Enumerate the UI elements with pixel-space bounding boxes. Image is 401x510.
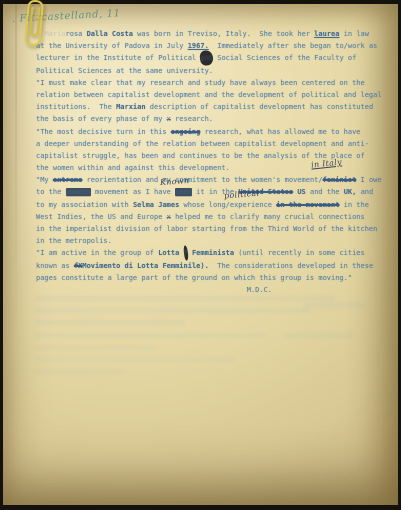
typed-segment: "I must make clear that my research and … [36, 79, 365, 87]
typed-segment: Selma James [133, 201, 179, 209]
typed-segment: (until recently in some cities [234, 249, 365, 257]
bleedthrough-mark [35, 357, 235, 362]
typed-line: West Indies, the US and Europe x helped … [36, 211, 396, 223]
typed-segment: description of capitalist development ha… [146, 103, 374, 111]
typed-segment: and the [306, 188, 344, 196]
typed-line: institutions. The Marxian description of… [36, 101, 396, 113]
typed-segment: institutions. The [36, 103, 116, 111]
typed-segment: and [356, 188, 373, 196]
typed-segment: Political Sciences at the same universit… [36, 67, 213, 75]
bleedthrough-mark [35, 345, 155, 350]
typed-line: pages constitute a large part of the gro… [36, 272, 396, 284]
typed-segment: laurea [314, 30, 339, 38]
typed-segment: UK, [344, 188, 357, 196]
typed-segment: Movimento di Lotta Femminile). [82, 262, 208, 270]
typed-segment: rosa [66, 30, 87, 38]
typed-segment: Femminista [188, 249, 234, 257]
typed-segment: in law [339, 30, 369, 38]
typed-segment: Immediately after she began to/work as [209, 42, 378, 50]
typed-line: at the University of Padova in July 1967… [36, 40, 396, 52]
bleedthrough-mark [283, 333, 353, 338]
typed-segment: Marxian [116, 103, 146, 111]
typed-segment: feminist [323, 176, 357, 184]
typed-segment: womens [66, 188, 91, 196]
typed-segment: research. [171, 115, 213, 123]
typed-line: Political Sciences at the same universit… [36, 65, 396, 77]
typed-line: the basis of every phase of my x researc… [36, 113, 396, 125]
typed-segment: to my association with [36, 201, 133, 209]
typed-segment: in the movement [276, 201, 339, 209]
typed-segment: in the [339, 201, 369, 209]
typed-segment: at the University of Padova in July [36, 42, 188, 50]
paper-crease [15, 4, 17, 334]
typed-segment: capitalist struggle, has been and contin… [36, 152, 365, 160]
bleedthrough-mark [35, 369, 125, 374]
typed-segment: to the [36, 188, 66, 196]
bleedthrough-mark [35, 296, 335, 301]
typed-segment: Lotta [158, 249, 183, 257]
typed-segment: "The most decisive turn in this [36, 128, 171, 136]
typed-segment: I owe [356, 176, 381, 184]
typed-line: "My extreme reorientation and my commitm… [36, 174, 396, 186]
typed-line: to the womens movement as I have seen it… [36, 186, 396, 198]
typed-segment: pages constitute a large part of the gro… [36, 274, 352, 282]
scanned-document-photo: . Fitzcastelland, 11 Mariarosa Dalla Cos… [0, 0, 401, 510]
typed-segment: in the imperialist division of labor sta… [36, 225, 377, 233]
typed-segment: in the metropolis. [36, 237, 112, 245]
typed-line: "I am active in the group of Lotta M Fem… [36, 247, 396, 259]
typed-line: Mariarosa Dalla Costa was born in Trevis… [36, 28, 396, 40]
typed-segment: "I am active in the group of [36, 249, 158, 257]
typed-segment: extreme [53, 176, 83, 184]
typed-line: in the imperialist division of labor sta… [36, 223, 396, 235]
paperclip [20, 0, 48, 51]
typed-segment: movement as I have [91, 188, 175, 196]
typed-segment: relation between capitalist development … [36, 91, 382, 99]
typed-segment: helped me to clarify many crucial connec… [171, 213, 365, 221]
typed-line: "The most decisive turn in this ongoing … [36, 126, 396, 138]
typed-segment: lecturer in the Institute of Political [36, 54, 200, 62]
typed-line: "I must make clear that my research and … [36, 77, 396, 89]
typed-segment: the basis of every phase of my [36, 115, 167, 123]
bleedthrough-mark [35, 320, 185, 325]
typed-line: in the metropolis. [36, 235, 396, 247]
typed-segment: a deeper understanding of the relation b… [36, 140, 369, 148]
typed-segment: reorientation and my commitment to the w… [82, 176, 322, 184]
typed-segment: Dalla Costa [87, 30, 133, 38]
typed-segment: Maria [44, 30, 65, 38]
typed-line: lecturer in the Institute of Political a… [36, 52, 396, 64]
typed-line: M.D.C. [36, 284, 396, 296]
typed-line: a deeper understanding of the relation b… [36, 138, 396, 150]
typed-segment: 1967. [188, 42, 209, 50]
typed-segment: was born in Treviso, Italy. She took her [133, 30, 314, 38]
typed-segment: "My [36, 176, 53, 184]
typed-line: relation between capitalist development … [36, 89, 396, 101]
bleedthrough-mark [35, 308, 310, 313]
bleedthrough-mark [35, 333, 265, 338]
typed-line: to my association with Selma James whose… [36, 199, 396, 211]
typed-segment: Social Sciences of the Faculty of [213, 54, 356, 62]
typed-segment: West Indies, the US and Europe [36, 213, 167, 221]
typed-segment: seen [175, 188, 192, 196]
typed-segment: ongoing [171, 128, 201, 136]
document-page: . Fitzcastelland, 11 Mariarosa Dalla Cos… [3, 4, 398, 505]
typed-segment: US [297, 188, 305, 196]
typed-segment: The considerations developed in these [209, 262, 373, 270]
bleedthrough-mark [303, 303, 363, 308]
typed-segment: whose long/experience [179, 201, 276, 209]
typed-segment: M.D.C. [36, 286, 272, 294]
typed-segment: research, what has allowed me to have [200, 128, 360, 136]
typed-segment: the women within and against this develo… [36, 164, 230, 172]
typed-segment: known as [36, 262, 74, 270]
typed-line: capitalist struggle, has been and contin… [36, 150, 396, 162]
typed-line: known as fXMovimento di Lotta Femminile)… [36, 260, 396, 272]
